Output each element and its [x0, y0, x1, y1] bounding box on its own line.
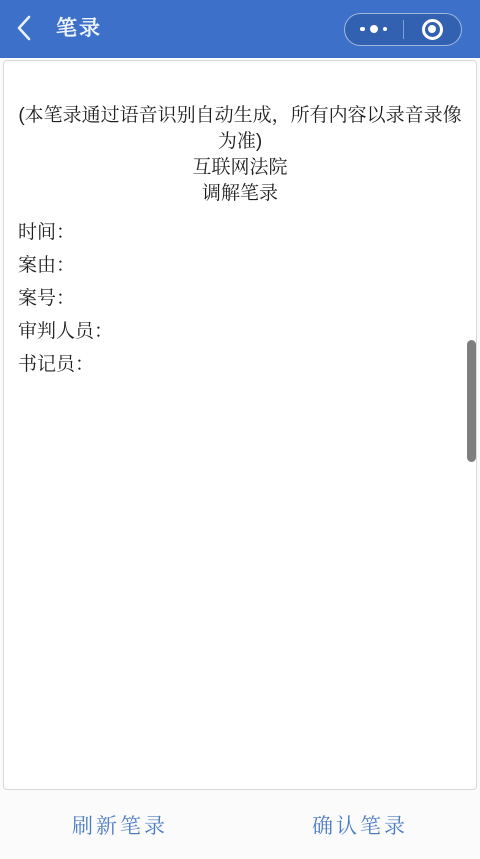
chevron-left-icon	[16, 15, 32, 44]
field-clerk-label: 书记员：	[18, 354, 94, 375]
scrollbar-thumb[interactable]	[467, 340, 476, 462]
field-time: 时间：	[18, 216, 462, 249]
document-header: (本笔录通过语音识别自动生成，所有内容以录音录像为准) 互联网法院 调解笔录	[18, 103, 462, 207]
refresh-transcript-button[interactable]: 刷新笔录	[0, 810, 240, 840]
field-case-number-label: 案号：	[18, 288, 75, 309]
page-title: 笔录	[56, 0, 102, 58]
transcript-document[interactable]: (本笔录通过语音识别自动生成，所有内容以录音录像为准) 互联网法院 调解笔录 时…	[3, 60, 477, 790]
action-bar: 刷新笔录 确认笔录	[0, 790, 480, 859]
miniprogram-capsule	[344, 13, 462, 46]
field-judges-label: 审判人员：	[18, 321, 113, 342]
more-menu-button[interactable]	[345, 14, 403, 45]
field-cause-label: 案由：	[18, 255, 75, 276]
back-button[interactable]	[10, 9, 44, 49]
confirm-transcript-button[interactable]: 确认笔录	[240, 810, 480, 840]
field-clerk: 书记员：	[18, 348, 462, 381]
field-judges: 审判人员：	[18, 315, 462, 348]
field-case-number: 案号：	[18, 282, 462, 315]
field-time-label: 时间：	[18, 222, 75, 243]
auto-generated-notice: (本笔录通过语音识别自动生成，所有内容以录音录像为准)	[18, 103, 462, 155]
record-circle-icon	[422, 19, 443, 40]
navbar: 笔录	[0, 0, 480, 58]
app-screen: 笔录 (本笔录通过语音识别自动生成，所有内容以录音录像为准) 互联网法院 调解笔…	[0, 0, 480, 859]
document-title: 调解笔录	[18, 181, 462, 207]
exit-miniprogram-button[interactable]	[404, 14, 462, 45]
more-dots-icon	[358, 25, 390, 33]
field-cause: 案由：	[18, 249, 462, 282]
court-name: 互联网法院	[18, 155, 462, 181]
document-fields: 时间： 案由： 案号： 审判人员： 书记员：	[18, 216, 462, 381]
